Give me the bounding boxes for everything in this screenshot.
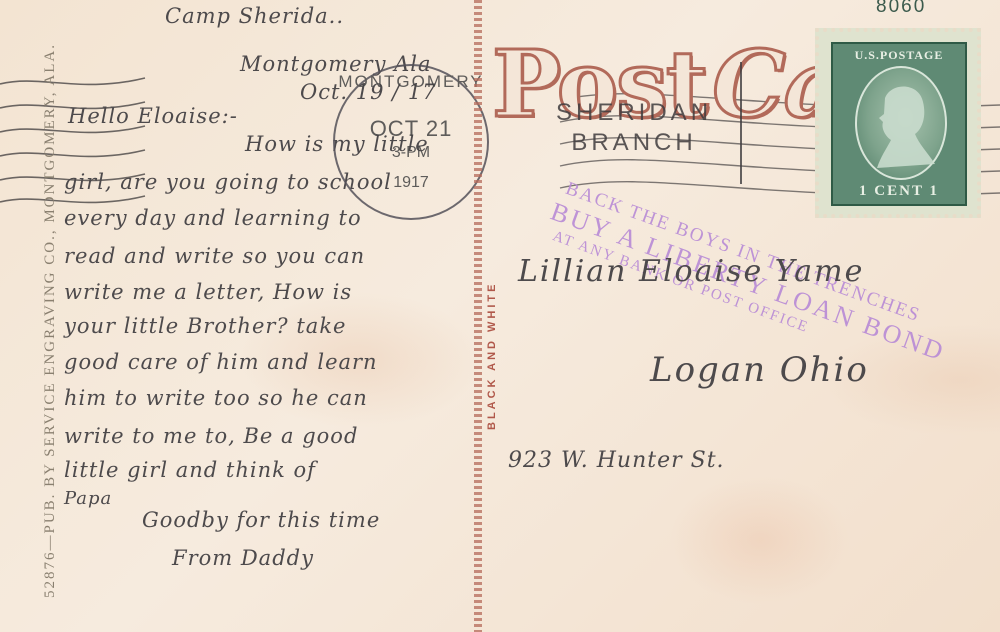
message-line: him to write too so he can [64,386,368,410]
message-salutation: Hello Eloaise:- [68,104,238,128]
postmark-date: OCT 21 [335,116,487,142]
message-line: write me a letter, How is [64,280,352,304]
circular-postmark: MONTGOMERY OCT 21 3-PM 1917 [333,64,489,220]
stamp-bottom-text: 1 CENT 1 [833,183,965,200]
recipient-name: Lillian Eloaise Yame [518,254,864,289]
message-line: Papa [64,488,112,509]
message-address-divider [474,0,482,632]
stamp-design: U.S.POSTAGE 1 CENT 1 [831,42,967,206]
recipient-city: Logan Ohio [650,350,869,390]
machine-cancel-line2: BRANCH [556,128,712,158]
message-line: read and write so you can [64,244,365,268]
message-line: little girl and think of [64,458,316,482]
postmark-year: 1917 [335,174,487,192]
machine-cancel: SHERIDAN BRANCH [556,98,712,158]
message-line: your little Brother? take [64,314,346,338]
washington-portrait-icon [855,66,947,180]
message-line: good care of him and learn [64,350,378,374]
divider-label: BLACK AND WHITE [486,282,498,430]
publisher-imprint: 52876—PUB. BY SERVICE ENGRAVING CO., MON… [42,43,59,598]
message-heading-camp: Camp Sherida.. [165,4,344,28]
machine-cancel-box-edge [740,62,742,184]
postage-stamp: U.S.POSTAGE 1 CENT 1 [815,28,981,218]
postmark-city: MONTGOMERY [335,72,487,92]
message-closing: Goodby for this time [142,508,380,532]
recipient-street: 923 W. Hunter St. [508,448,725,473]
message-line: write to me to, Be a good [64,424,358,448]
stamp-top-text: U.S.POSTAGE [833,48,965,63]
stamp-plate-number: 8060 [876,0,926,18]
postcard: 52876—PUB. BY SERVICE ENGRAVING CO., MON… [0,0,1000,632]
message-signature: From Daddy [172,546,314,570]
message-line: every day and learning to [64,206,362,230]
machine-cancel-line1: SHERIDAN [556,98,712,128]
postmark-time: 3-PM [335,144,487,162]
